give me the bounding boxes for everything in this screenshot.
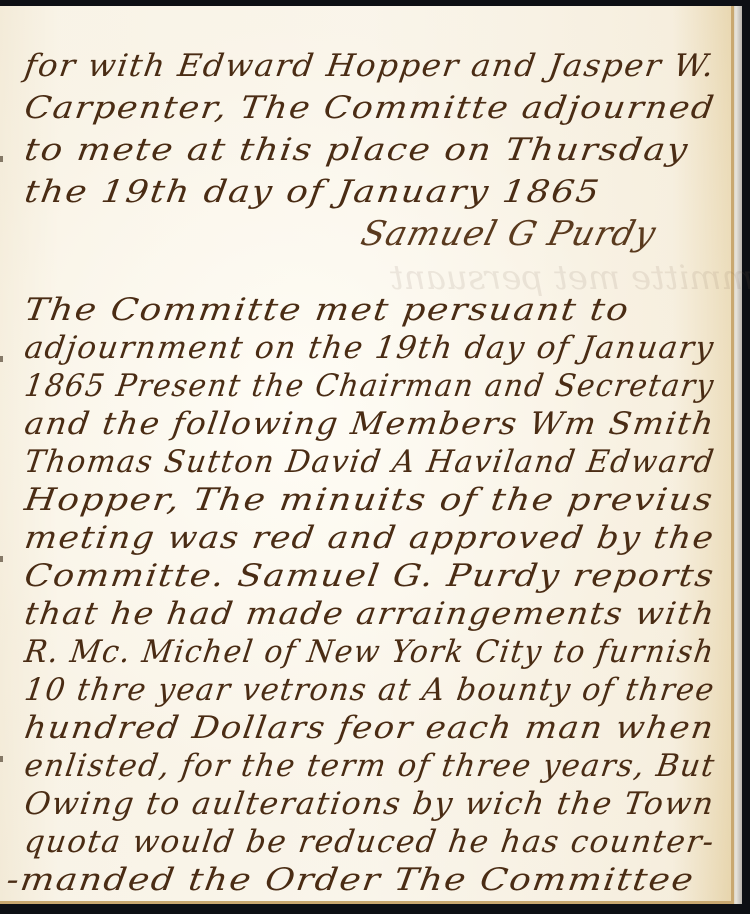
handwritten-line: enlisted, for the term of three years, B…: [22, 746, 718, 786]
handwritten-line: -manded the Order The Committee: [4, 860, 697, 900]
handwritten-line: Committe. Samuel G. Purdy reports: [22, 556, 717, 596]
handwritten-line: The Committe met persuant to: [22, 290, 632, 330]
handwritten-line: R. Mc. Michel of New York City to furnis…: [22, 632, 717, 672]
handwritten-line: meting was red and approved by the: [22, 518, 717, 558]
binding-marks: [0, 66, 3, 886]
handwritten-line: Carpenter, The Committe adjourned: [22, 88, 718, 128]
handwritten-line: Owing to aulterations by wich the Town: [22, 784, 717, 824]
handwritten-line: to mete at this place on Thursday: [22, 130, 691, 170]
handwritten-line: Thomas Sutton David A Haviland Edward: [22, 442, 718, 482]
handwritten-line: that he had made arraingements with: [22, 594, 718, 634]
handwritten-line: Hopper, The minuits of the previus: [22, 480, 716, 520]
handwritten-line: hundred Dollars feor each man when: [22, 708, 717, 748]
handwritten-line: adjournment on the 19th day of January: [22, 328, 717, 368]
handwritten-line: and the following Members Wm Smith: [22, 404, 717, 444]
handwritten-line: 1865 Present the Chairman and Secretary: [22, 366, 717, 406]
signature: Samuel G Purdy: [357, 214, 660, 254]
handwritten-line: 10 thre year vetrons at A bounty of thre…: [22, 670, 718, 710]
handwritten-line: for with Edward Hopper and Jasper W.: [22, 46, 718, 86]
handwritten-line: the 19th day of January 1865: [22, 172, 603, 212]
handwritten-line: quota would be reduced he has counter-: [22, 822, 718, 862]
manuscript-page: The Committe met persuant for with Edwar…: [0, 6, 734, 904]
document-scan: The Committe met persuant for with Edwar…: [0, 0, 750, 914]
